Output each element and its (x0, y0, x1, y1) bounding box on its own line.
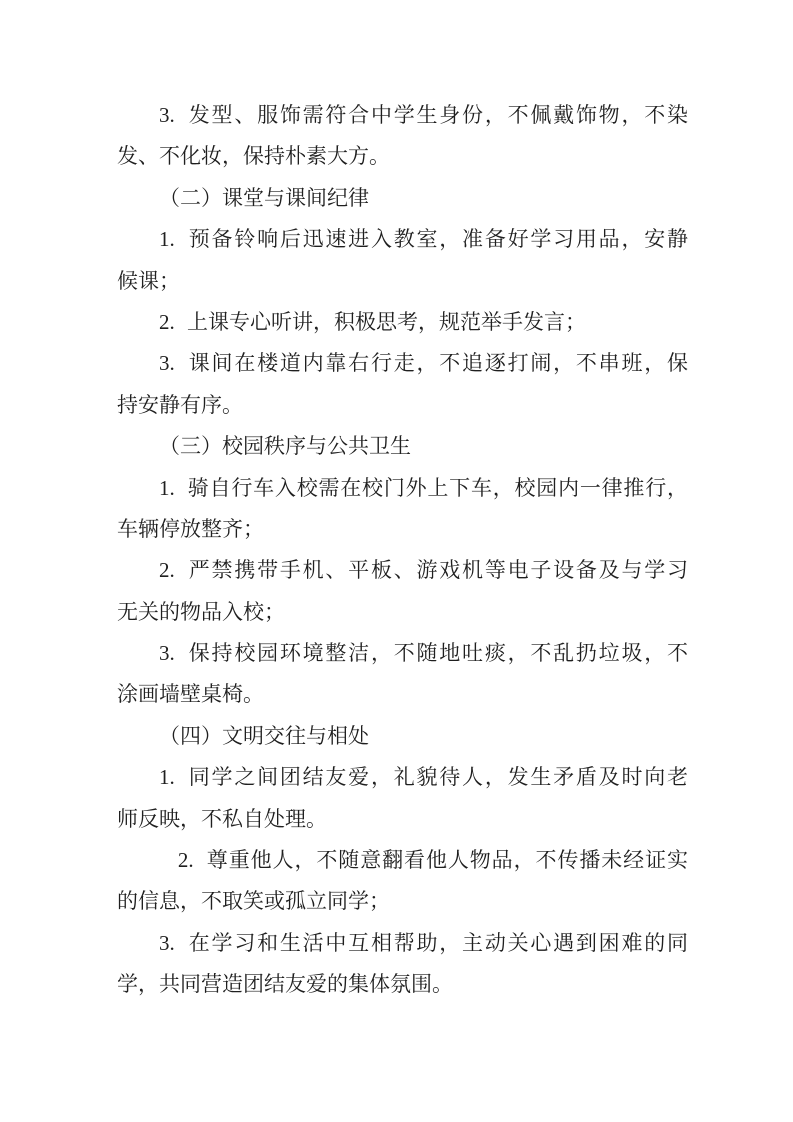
list-item-line: 1. 骑自行车入校需在校门外上下车，校园内一律推行， (117, 468, 688, 509)
continuation-line: 的信息，不取笑或孤立同学； (117, 881, 688, 922)
section-heading: （三）校园秩序与公共卫生 (117, 426, 688, 467)
continuation-line: 车辆停放整齐； (117, 509, 688, 550)
list-item-line: 2. 尊重他人，不随意翻看他人物品，不传播未经证实 (117, 840, 688, 881)
list-item-line: 3. 在学习和生活中互相帮助，主动关心遇到困难的同 (117, 923, 688, 964)
continuation-line: 涂画墙壁桌椅。 (117, 674, 688, 715)
continuation-line: 候课； (117, 261, 688, 302)
continuation-line: 发、不化妆，保持朴素大方。 (117, 136, 688, 177)
continuation-line: 持安静有序。 (117, 385, 688, 426)
continuation-line: 学，共同营造团结友爱的集体氛围。 (117, 964, 688, 1005)
section-heading: （四）文明交往与相处 (117, 716, 688, 757)
section-heading: （二）课堂与课间纪律 (117, 178, 688, 219)
continuation-line: 无关的物品入校； (117, 592, 688, 633)
list-item-line: 1. 预备铃响后迅速进入教室，准备好学习用品，安静 (117, 219, 688, 260)
list-item-line: 2. 上课专心听讲，积极思考，规范举手发言； (117, 302, 688, 343)
continuation-line: 师反映，不私自处理。 (117, 799, 688, 840)
list-item-line: 3. 保持校园环境整洁，不随地吐痰，不乱扔垃圾，不 (117, 633, 688, 674)
list-item-line: 3. 课间在楼道内靠右行走，不追逐打闹，不串班，保 (117, 343, 688, 384)
list-item-line: 1. 同学之间团结友爱，礼貌待人，发生矛盾及时向老 (117, 757, 688, 798)
document-page: 3. 发型、服饰需符合中学生身份，不佩戴饰物，不染 发、不化妆，保持朴素大方。 … (0, 0, 793, 1122)
list-item-line: 2. 严禁携带手机、平板、游戏机等电子设备及与学习 (117, 550, 688, 591)
list-item-line: 3. 发型、服饰需符合中学生身份，不佩戴饰物，不染 (117, 95, 688, 136)
